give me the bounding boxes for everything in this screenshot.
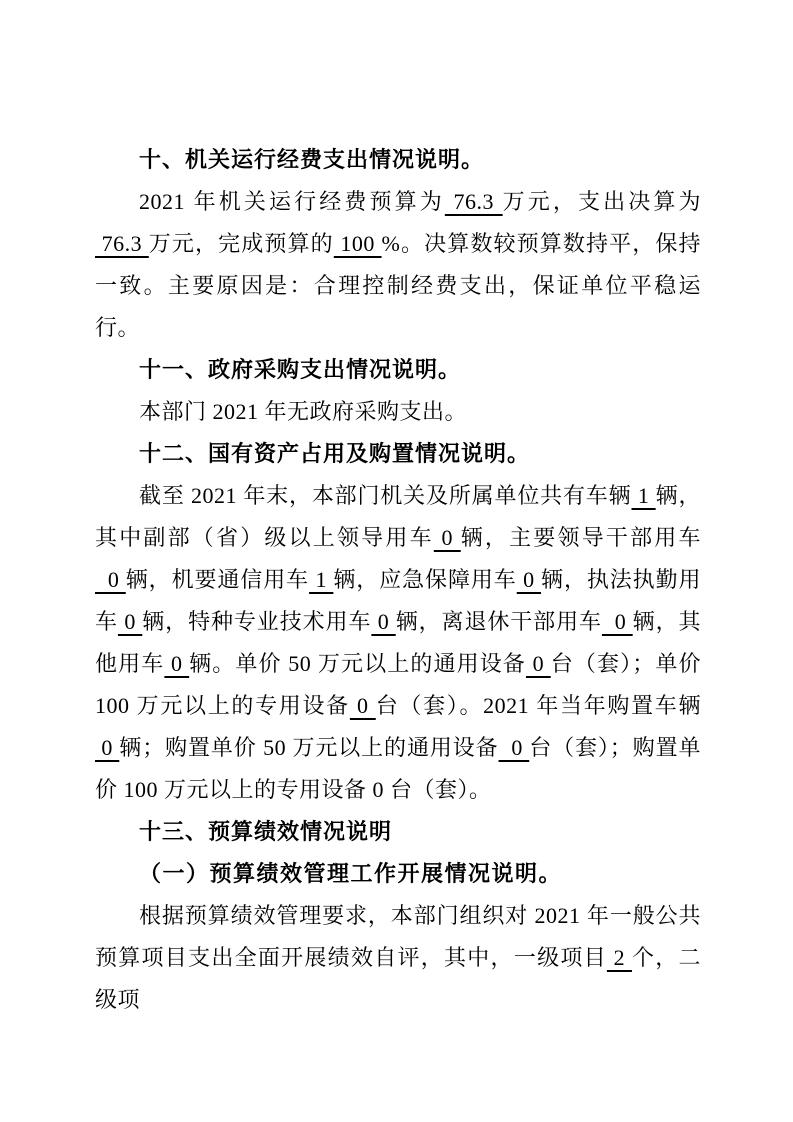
text-run: 十三、预算绩效情况说明 [139, 819, 392, 844]
underlined-value: 0 [499, 735, 530, 760]
text-run: 截至 2021 年末，本部门机关及所属单位共有车辆 [139, 483, 631, 508]
section-12-heading: 十二、国有资产占用及购置情况说明。 [95, 433, 701, 475]
underlined-value: 2 [607, 945, 632, 970]
text-run: 十二、国有资产占用及购置情况说明。 [139, 441, 530, 466]
underlined-value: 76.3 [95, 231, 149, 256]
underlined-value: 1 [631, 483, 655, 508]
underlined-value: 0 [95, 567, 126, 592]
underlined-value: 1 [309, 567, 333, 592]
section-13-sub-1-body: 根据预算绩效管理要求，本部门组织对 2021 年一般公共预算项目支出全面开展绩效… [95, 895, 701, 1021]
section-11-heading: 十一、政府采购支出情况说明。 [95, 349, 701, 391]
document-body: 十、机关运行经费支出情况说明。2021 年机关运行经费预算为 76.3 万元，支… [95, 139, 701, 1021]
underlined-value: 0 [434, 525, 461, 550]
text-run: 辆，应急保障用车 [333, 567, 516, 592]
text-run: 辆，特种专业技术用车 [142, 609, 371, 634]
underlined-value: 0 [95, 735, 119, 760]
text-run: 辆，机要通信用车 [126, 567, 309, 592]
section-12-body: 截至 2021 年末，本部门机关及所属单位共有车辆 1 辆，其中副部（省）级以上… [95, 475, 701, 811]
underlined-value: 0 [164, 651, 189, 676]
text-run: 辆，离退休干部用车 [396, 609, 602, 634]
underlined-value: 0 [371, 609, 395, 634]
underlined-value: 0 [350, 693, 376, 718]
text-run: 万元，支出决算为 [503, 189, 701, 214]
underlined-value: 100 [334, 231, 382, 256]
text-run: 本部门 2021 年无政府采购支出。 [139, 399, 467, 424]
text-run: 辆。单价 50 万元以上的通用设备 [189, 651, 526, 676]
text-run: 辆；购置单价 50 万元以上的通用设备 [119, 735, 498, 760]
section-10-body: 2021 年机关运行经费预算为 76.3 万元，支出决算为 76.3 万元，完成… [95, 181, 701, 349]
text-run: 十一、政府采购支出情况说明。 [139, 357, 461, 382]
underlined-value: 0 [118, 609, 142, 634]
underlined-value: 76.3 [445, 189, 503, 214]
section-11-body: 本部门 2021 年无政府采购支出。 [95, 391, 701, 433]
underlined-value: 0 [526, 651, 551, 676]
text-run: 万元，完成预算的 [149, 231, 334, 256]
text-run: （一）预算绩效管理工作开展情况说明。 [139, 861, 562, 886]
text-run: 2021 年机关运行经费预算为 [139, 189, 445, 214]
underlined-value: 0 [602, 609, 633, 634]
section-13-heading: 十三、预算绩效情况说明 [95, 811, 701, 853]
document-page: 十、机关运行经费支出情况说明。2021 年机关运行经费预算为 76.3 万元，支… [0, 0, 793, 1122]
section-10-heading: 十、机关运行经费支出情况说明。 [95, 139, 701, 181]
section-13-sub-1-heading: （一）预算绩效管理工作开展情况说明。 [95, 853, 701, 895]
underlined-value: 0 [517, 567, 541, 592]
text-run: 辆，主要领导干部用车 [461, 525, 701, 550]
text-run: 台（套）。2021 年当年购置车辆 [376, 693, 701, 718]
text-run: 十、机关运行经费支出情况说明。 [139, 147, 484, 172]
